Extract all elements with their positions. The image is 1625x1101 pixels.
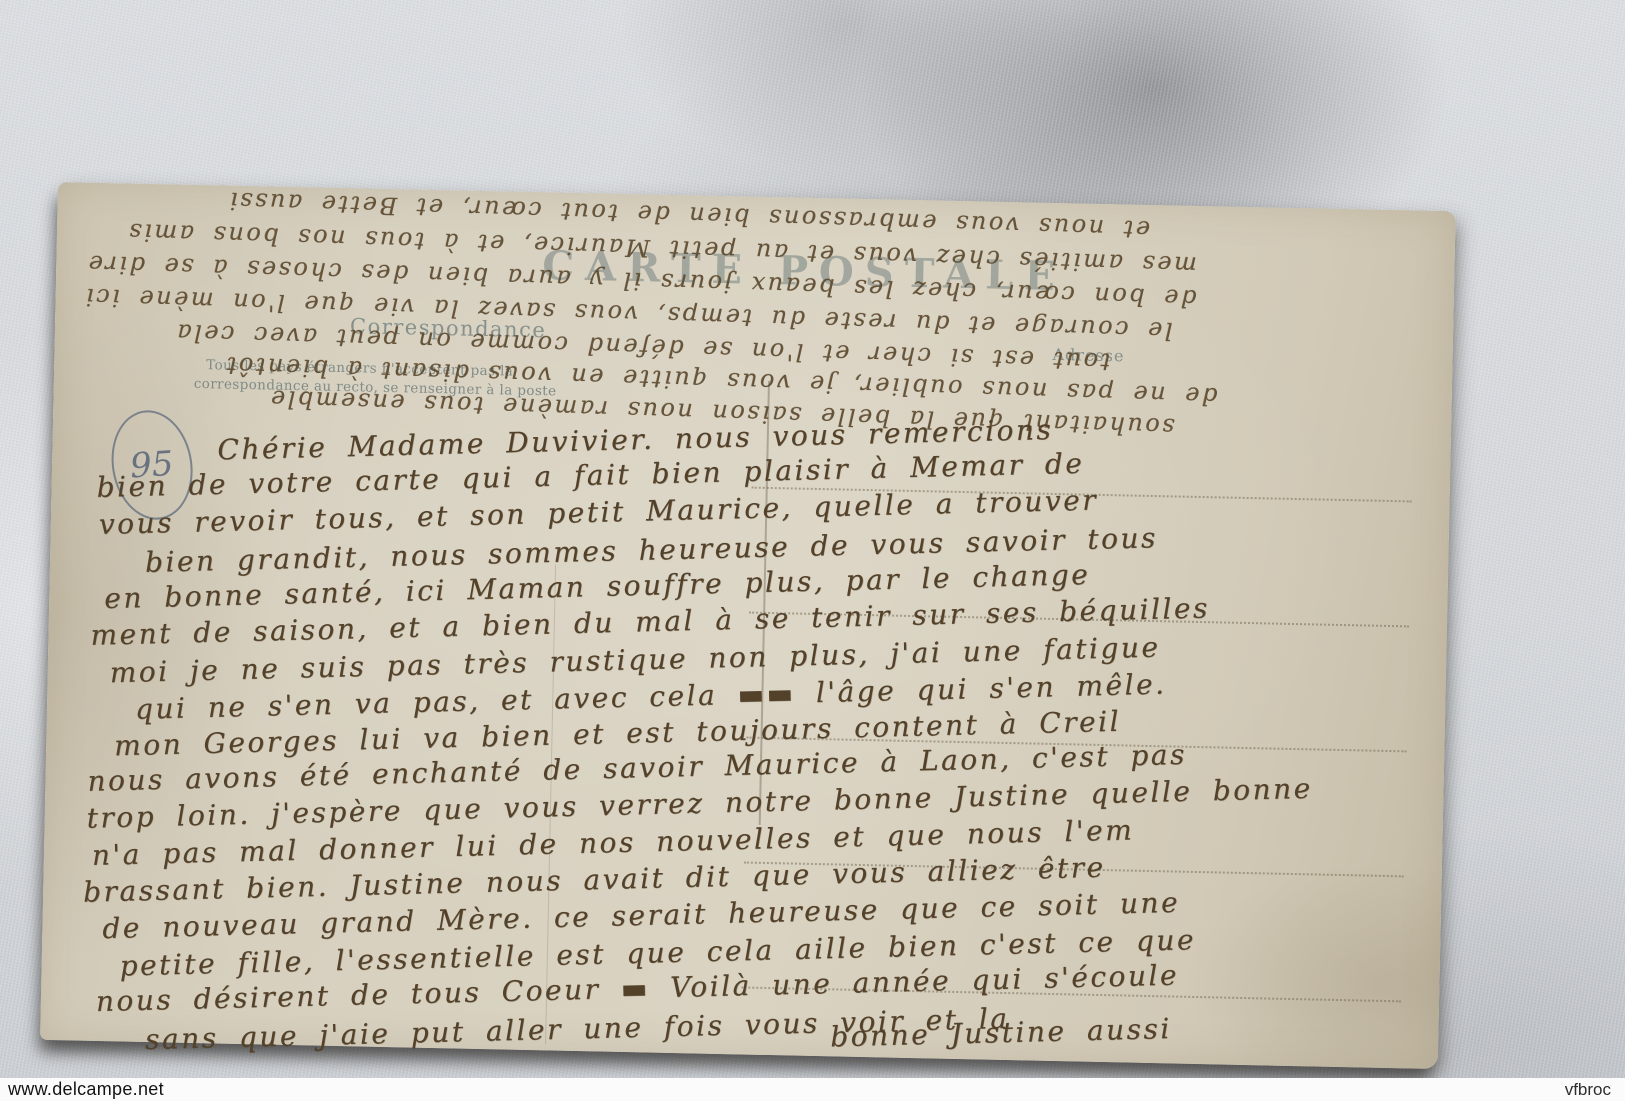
watermark-site: www.delcampe.net <box>8 1079 164 1100</box>
inverted-handwriting: et nous vous embrassons bien de tout cœu… <box>58 182 1456 211</box>
postcard: CARTE POSTALE Correspondance Tous les pa… <box>40 182 1456 1069</box>
handwriting-line: bonne Justine aussi <box>830 1012 1172 1053</box>
watermark-seller: vfbroc <box>1565 1080 1611 1100</box>
watermark-bar: www.delcampe.net vfbroc <box>0 1078 1625 1101</box>
photo-background: CARTE POSTALE Correspondance Tous les pa… <box>0 0 1625 1101</box>
